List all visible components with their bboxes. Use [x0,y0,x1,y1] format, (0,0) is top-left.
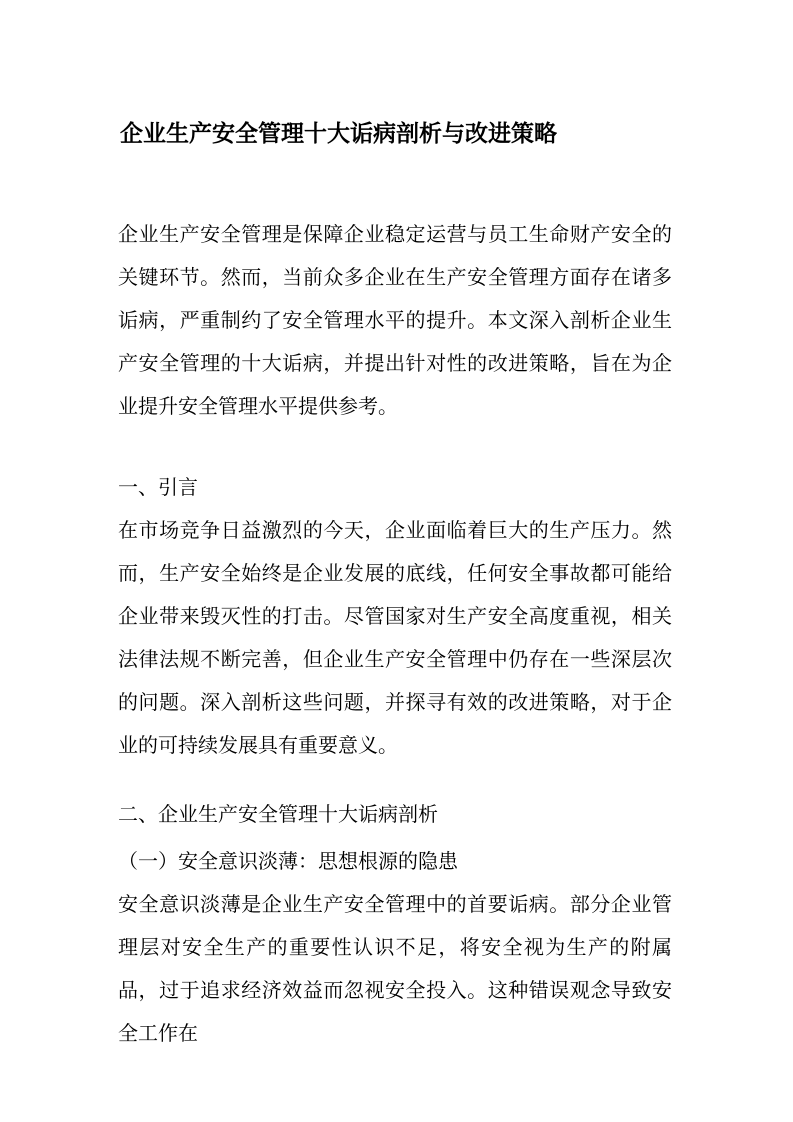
section-heading-ten-problems: 二、企业生产安全管理十大诟病剖析 [118,794,672,837]
section-heading-introduction: 一、引言 [118,467,672,510]
document-page: 企业生产安全管理十大诟病剖析与改进策略 企业生产安全管理是保障企业稳定运营与员工… [0,0,793,1122]
weak-safety-awareness-paragraph: 安全意识淡薄是企业生产安全管理中的首要诟病。部分企业管理层对安全生产的重要性认识… [118,884,672,1056]
introduction-paragraph: 在市场竞争日益激烈的今天，企业面临着巨大的生产压力。然而，生产安全始终是企业发展… [118,510,672,768]
subsection-heading-weak-safety-awareness: （一）安全意识淡薄：思想根源的隐患 [118,841,672,884]
intro-paragraph: 企业生产安全管理是保障企业稳定运营与员工生命财产安全的关键环节。然而，当前众多企… [118,214,672,429]
document-title: 企业生产安全管理十大诟病剖析与改进策略 [120,118,672,150]
